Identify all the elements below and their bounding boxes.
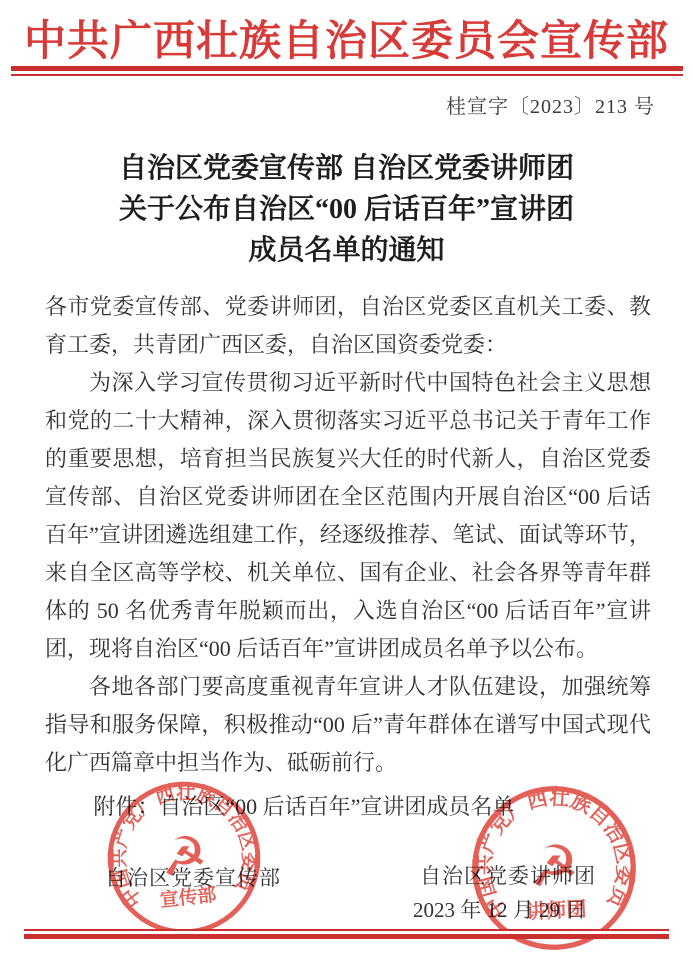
document-body: 各市党委宣传部、党委讲师团，自治区党委区直机关工委、教育工委，共青团广西区委，自… xyxy=(45,288,651,826)
salutation-line: 各市党委宣传部、党委讲师团，自治区党委区直机关工委、教育工委，共青团广西区委，自… xyxy=(45,288,651,364)
hammer-sickle-emblem-icon: ☭ xyxy=(527,833,581,901)
document-title-line-1: 自治区党委宣传部 自治区党委讲师团 xyxy=(0,148,693,189)
hammer-sickle-emblem-icon: ☭ xyxy=(157,824,210,890)
official-seal-propaganda-department: 中国共产党广西壮族自治区委员会 ☭ 宣传部 xyxy=(94,768,274,948)
letterhead-title: 中共广西壮族自治区委员会宣传部 xyxy=(0,8,693,68)
seal-bottom-label: 讲师团 xyxy=(525,897,587,924)
official-document-page: 中共广西壮族自治区委员会宣传部 桂宣字〔2023〕213 号 自治区党委宣传部 … xyxy=(0,0,693,955)
footer-rule-thick-line xyxy=(24,934,669,939)
document-title: 自治区党委宣传部 自治区党委讲师团 关于公布自治区“00 后话百年”宣讲团 成员… xyxy=(0,148,693,271)
header-divider-rule xyxy=(11,66,683,76)
body-paragraph-1: 为深入学习宣传贯彻习近平新时代中国特色社会主义思想和党的二十大精神，深入贯彻落实… xyxy=(45,364,651,668)
body-paragraph-2: 各地各部门要高度重视青年宣讲人才队伍建设，加强统筹指导和服务保障，积极推动“00… xyxy=(45,668,651,782)
header-rule-thin-line xyxy=(11,74,683,76)
document-title-line-2: 关于公布自治区“00 后话百年”宣讲团 xyxy=(0,189,693,230)
footer-divider-rule xyxy=(24,929,669,939)
document-reference-number: 桂宣字〔2023〕213 号 xyxy=(446,90,655,119)
document-title-line-3: 成员名单的通知 xyxy=(0,230,693,271)
